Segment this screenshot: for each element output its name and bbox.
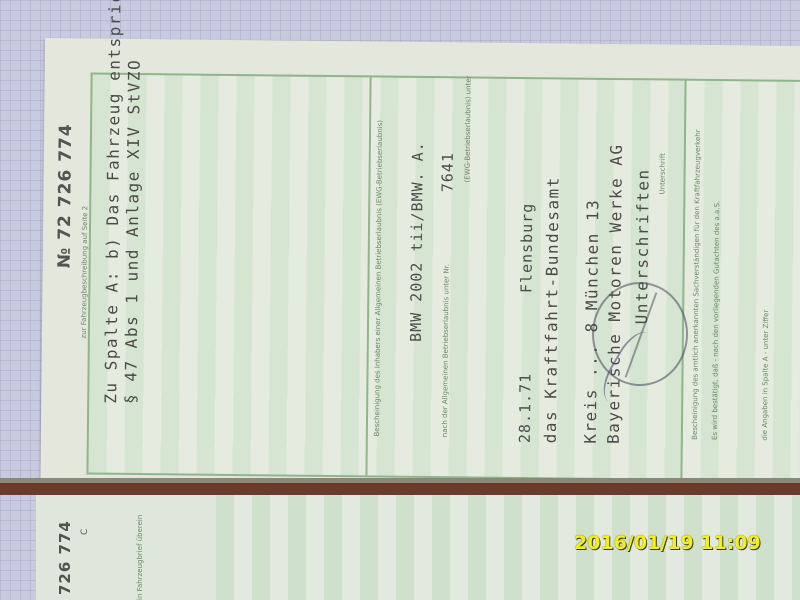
number-value: 72 726 774 (55, 123, 76, 240)
footer-note: die Angaben in Spalte A - unter Ziffer (761, 310, 770, 441)
date-value: 28.1.71 (516, 373, 535, 443)
model-line: BMW 2002 tii/BMW. A. (407, 141, 427, 342)
document-number: № 72 726 774 (55, 123, 77, 268)
signature-note: Unterschrift (658, 153, 666, 194)
lower-document-number: 726 774 (56, 520, 74, 595)
vehicle-document-page: № 72 726 774 zur Fahrzeugbeschreibung au… (40, 38, 800, 486)
authority-line: das Kraftfahrt-Bundesamt (541, 176, 563, 443)
number-symbol: № (55, 247, 75, 269)
lower-note: in Fahrzeugbrief überein (136, 515, 144, 600)
lower-letter: C (80, 529, 90, 535)
camera-timestamp: 2016/01/19 11:09 (574, 532, 761, 554)
approval-small-note: (EWG-Betriebserlaubnis) unter (464, 75, 473, 182)
approval-number: 7641 (438, 152, 456, 192)
remark-line-2: § 47 Abs 1 und Anlage XIV StVZO (121, 59, 144, 404)
place-value: Flensburg (517, 203, 536, 293)
booklet-fold (0, 483, 800, 495)
header-note: zur Fahrzeugbeschreibung auf Seite 2 (80, 206, 89, 339)
